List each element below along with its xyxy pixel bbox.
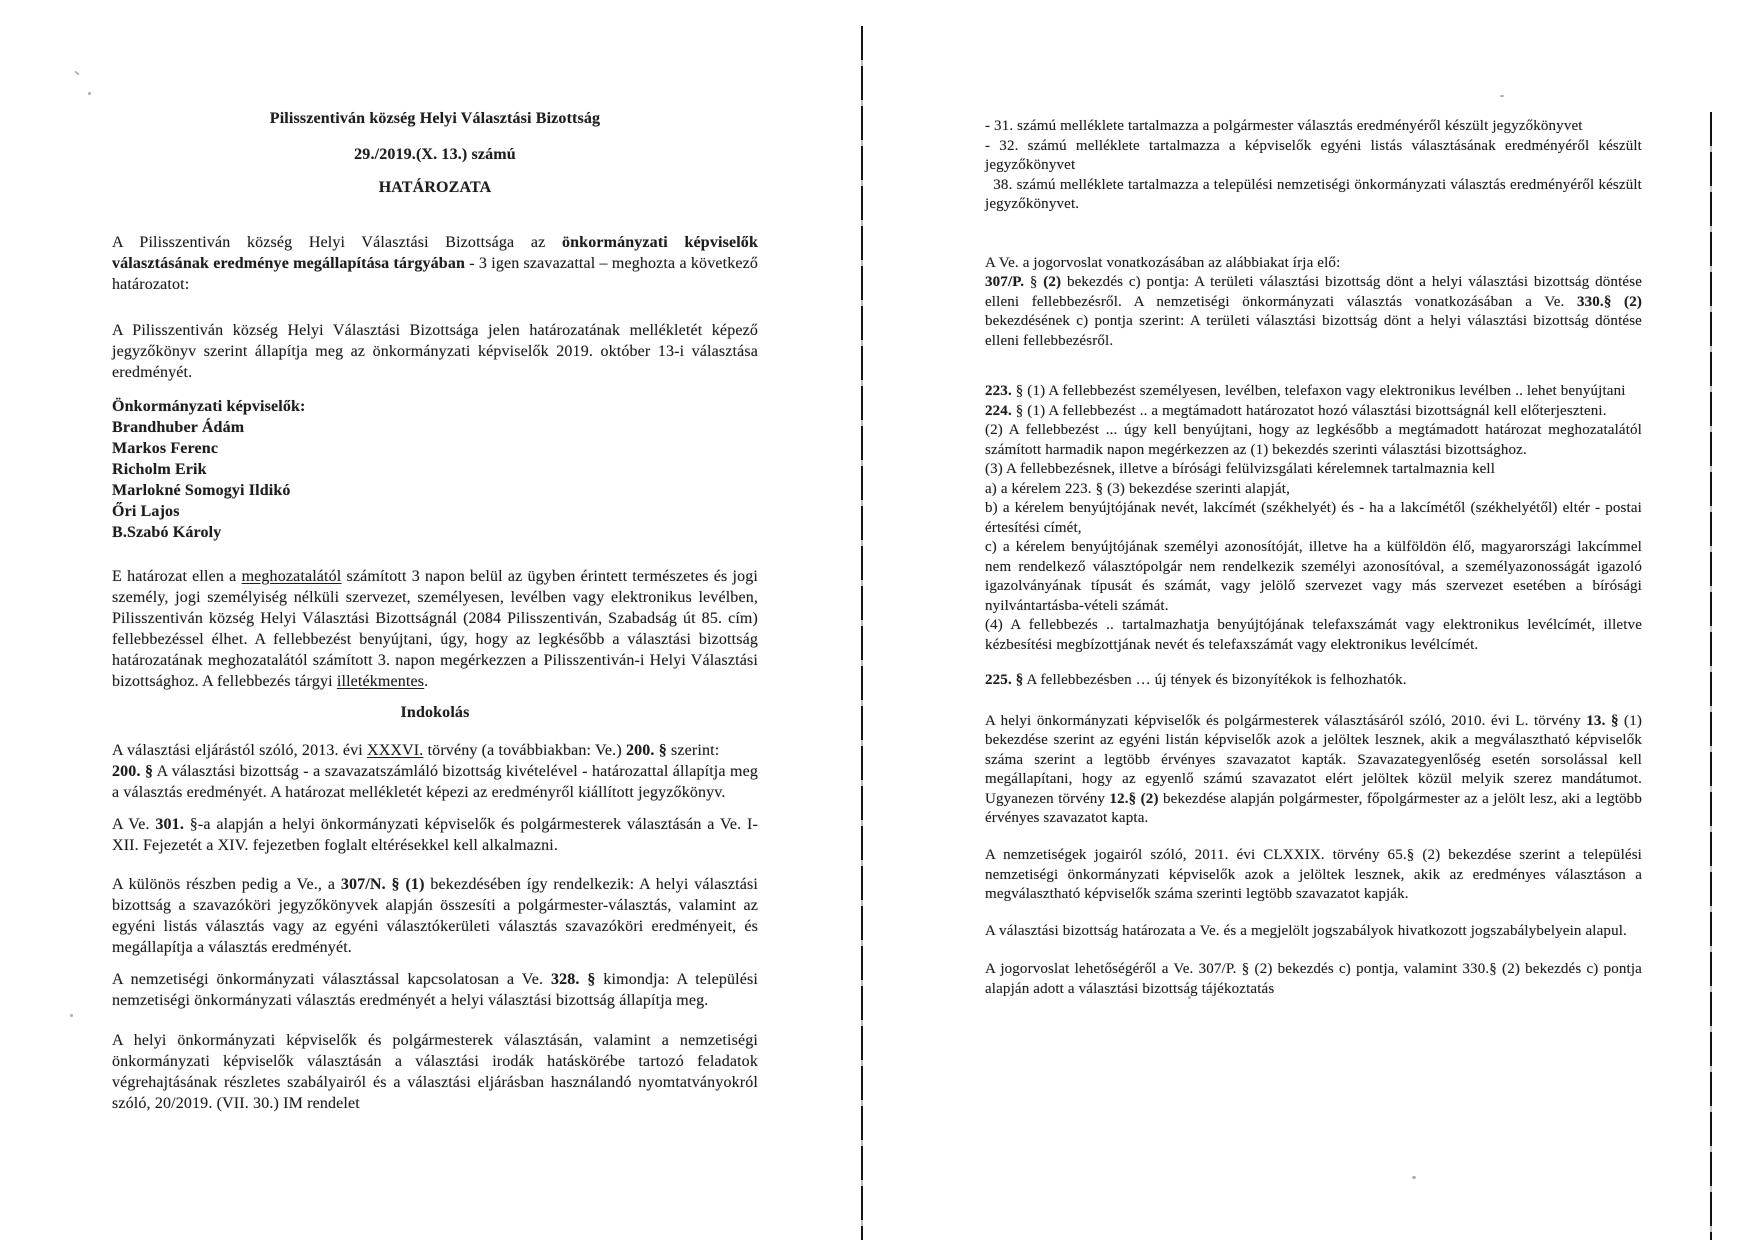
text-run: 29./2019.(X. 13.) számú	[354, 146, 516, 163]
para-annex: A Pilisszentiván község Helyi Választási…	[112, 320, 758, 383]
text-run: 38. számú melléklete tartalmazza a telep…	[985, 177, 1642, 213]
document-page-right: - 31. számú melléklete tartalmazza a pol…	[985, 117, 1642, 999]
text-run: A helyi önkormányzati képviselők és polg…	[112, 1032, 758, 1112]
para-ve-200-text: 200. § A választási bizottság - a szavaz…	[112, 761, 758, 803]
text-run: bekezdésének c) pontja szerint: A terüle…	[985, 313, 1642, 349]
text-run: § (1) A fellebbezést .. a megtámadott ha…	[1012, 403, 1607, 419]
text-run: A fellebbezésben … új tények és bizonyít…	[1023, 672, 1406, 688]
para-alapul: A választási bizottság határozata a Ve. …	[985, 922, 1642, 942]
text-run: Markos Ferenc	[112, 440, 218, 457]
text-run: számított 3 napon belül az ügyben érinte…	[112, 568, 758, 690]
para-jogorvoslat-intro: A Ve. a jogorvoslat vonatkozásában az al…	[985, 254, 1642, 274]
text-run: Indokolás	[401, 704, 470, 721]
text-run: (2) A fellebbezést ... úgy kell benyújta…	[985, 422, 1642, 458]
doc-title-committee: Pilisszentiván község Helyi Választási B…	[112, 108, 758, 129]
para-ve-328: A nemzetiségi önkormányzati választással…	[112, 969, 758, 1011]
text-run: A jogorvoslat lehetőségéről a Ve. 307/P.…	[985, 961, 1642, 997]
text-run: Richolm Erik	[112, 461, 207, 478]
text-run: (3) A fellebbezésnek, illetve a bírósági…	[985, 461, 1495, 477]
list-annex-32: - 32. számú melléklete tartalmazza a kép…	[985, 137, 1642, 176]
text-run: 12.§ (2)	[1109, 791, 1158, 807]
list-annex-38: 38. számú melléklete tartalmazza a telep…	[985, 176, 1642, 215]
para-224: 224. § (1) A fellebbezést .. a megtámado…	[985, 402, 1642, 422]
text-run: 301.	[155, 816, 184, 833]
text-run: A nemzetiségek jogairól szóló, 2011. évi…	[985, 847, 1642, 902]
para-224-3: (3) A fellebbezésnek, illetve a bírósági…	[985, 460, 1642, 480]
document-page-left: Pilisszentiván község Helyi Választási B…	[112, 108, 758, 1114]
text-run: A Ve. a jogorvoslat vonatkozásában az al…	[985, 255, 1340, 271]
para-307p: 307/P. § (2) bekezdés c) pontja: A terül…	[985, 273, 1642, 351]
text-run: 307/P.	[985, 274, 1024, 290]
text-run: 200. §	[626, 742, 667, 759]
text-run: szerint:	[667, 742, 719, 759]
text-run: c) a kérelem benyújtójának személyi azon…	[985, 539, 1642, 614]
heading-indokolas: Indokolás	[112, 702, 758, 723]
scan-speck	[1412, 1176, 1416, 1179]
text-run: 307/N. § (1)	[341, 876, 425, 893]
text-run	[1611, 294, 1624, 310]
text-run: bekezdés c) pontja: A területi választás…	[985, 274, 1642, 310]
list-annex-31: - 31. számú melléklete tartalmazza a pol…	[985, 117, 1642, 137]
para-224-3b: b) a kérelem benyújtójának nevét, lakcím…	[985, 499, 1642, 538]
text-run: 200. §	[112, 763, 153, 780]
text-run: 13. §	[1586, 713, 1618, 729]
text-run: - 32. számú melléklete tartalmazza a kép…	[985, 138, 1642, 174]
text-run: Pilisszentiván község Helyi Választási B…	[270, 110, 600, 127]
text-run: A nemzetiségi önkormányzati választással…	[112, 971, 551, 988]
scanned-document-canvas: { "document": { "page_left": { "blocks":…	[0, 0, 1754, 1240]
text-run: 224.	[985, 403, 1012, 419]
text-run: illetékmentes	[337, 673, 424, 690]
text-run: A különös részben pedig a Ve., a	[112, 876, 341, 893]
text-run: 330.§	[1577, 294, 1612, 310]
para-ve-200-intro: A választási eljárástól szóló, 2013. évi…	[112, 740, 758, 761]
para-224-2: (2) A fellebbezést ... úgy kell benyújta…	[985, 421, 1642, 460]
text-run: §-a alapján a helyi önkormányzati képvis…	[112, 816, 758, 854]
text-run: § (1) A fellebbezést személyesen, levélb…	[1012, 383, 1626, 399]
scan-speck	[74, 70, 80, 75]
scan-speck	[88, 92, 91, 95]
text-run: A Pilisszentiván község Helyi Választási…	[112, 234, 562, 251]
scan-edge-line-right	[1710, 112, 1712, 1240]
para-ve-307n: A különös részben pedig a Ve., a 307/N. …	[112, 874, 758, 958]
scan-speck	[1188, 996, 1191, 999]
text-run: - 31. számú melléklete tartalmazza a pol…	[985, 118, 1583, 134]
text-run: .	[424, 673, 428, 690]
para-im-rendelet: A helyi önkormányzati képviselők és polg…	[112, 1030, 758, 1114]
para-225: 225. § A fellebbezésben … új tények és b…	[985, 671, 1642, 691]
para-223: 223. § (1) A fellebbezést személyesen, l…	[985, 382, 1642, 402]
para-224-4: (4) A fellebbezés .. tartalmazhatja beny…	[985, 616, 1642, 655]
scan-edge-line-center	[861, 26, 863, 1240]
text-run: B.Szabó Károly	[112, 524, 221, 541]
doc-title-hatarozata: HATÁROZATA	[112, 177, 758, 198]
text-run: a) a kérelem 223. § (3) bekezdése szerin…	[985, 481, 1290, 497]
text-run: törvény (a továbbiakban: Ve.)	[423, 742, 626, 759]
text-run: b) a kérelem benyújtójának nevét, lakcím…	[985, 500, 1642, 536]
text-run: (4) A fellebbezés .. tartalmazhatja beny…	[985, 617, 1642, 653]
text-run: A választási bizottság határozata a Ve. …	[985, 923, 1627, 939]
text-run: A Ve.	[112, 816, 155, 833]
para-2010-l-torveny: A helyi önkormányzati képviselők és polg…	[985, 712, 1642, 829]
para-224-3c: c) a kérelem benyújtójának személyi azon…	[985, 538, 1642, 616]
text-run: (2)	[1624, 294, 1642, 310]
list-representatives: Önkormányzati képviselők:Brandhuber Ádám…	[112, 396, 758, 543]
text-run: 225. §	[985, 672, 1023, 688]
text-run: XXXVI.	[367, 742, 423, 759]
scan-speck	[1500, 95, 1504, 97]
text-run: meghozatalától	[242, 568, 342, 585]
text-run: A Pilisszentiván község Helyi Választási…	[112, 322, 758, 381]
text-run: (2)	[1043, 274, 1061, 290]
text-run: E határozat ellen a	[112, 568, 242, 585]
text-run: A helyi önkormányzati képviselők és polg…	[985, 713, 1586, 729]
para-decision: A Pilisszentiván község Helyi Választási…	[112, 232, 758, 295]
para-2011-clxxix: A nemzetiségek jogairól szóló, 2011. évi…	[985, 846, 1642, 905]
para-appeal: E határozat ellen a meghozatalától számí…	[112, 566, 758, 692]
scan-speck	[70, 1014, 73, 1017]
text-run: HATÁROZATA	[379, 179, 492, 196]
text-run: §	[1024, 274, 1043, 290]
para-224-3a: a) a kérelem 223. § (3) bekezdése szerin…	[985, 480, 1642, 500]
text-run: A választási bizottság - a szavazatszáml…	[112, 763, 758, 801]
text-run: 328. §	[551, 971, 596, 988]
para-ve-301: A Ve. 301. §-a alapján a helyi önkormány…	[112, 814, 758, 856]
text-run: A választási eljárástól szóló, 2013. évi	[112, 742, 367, 759]
text-run: 223.	[985, 383, 1012, 399]
text-run: Önkormányzati képviselők:	[112, 398, 306, 415]
text-run: Őri Lajos	[112, 503, 180, 520]
doc-title-number: 29./2019.(X. 13.) számú	[112, 144, 758, 165]
para-tajekoztatas: A jogorvoslat lehetőségéről a Ve. 307/P.…	[985, 960, 1642, 999]
text-run: Brandhuber Ádám	[112, 419, 244, 436]
text-run: Marlokné Somogyi Ildikó	[112, 482, 291, 499]
